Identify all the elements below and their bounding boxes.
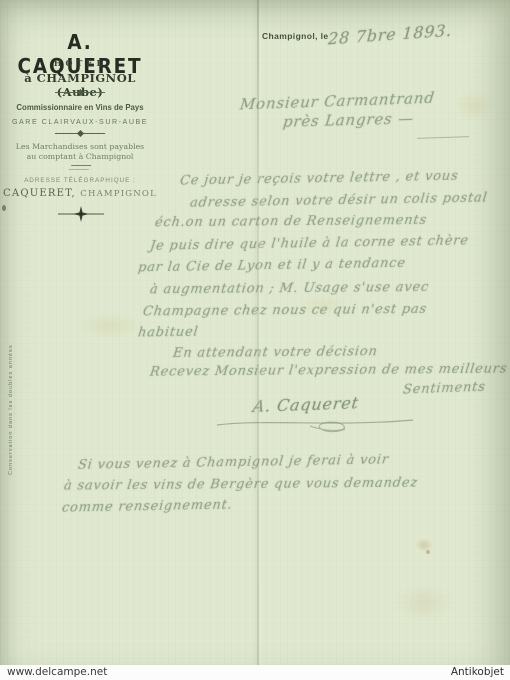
scanned-letter-document: A. CAQUERET HOTEL à CHAMPIGNOL (Aube) Co…	[0, 0, 510, 680]
divider-squiggle-icon	[69, 165, 92, 170]
divider-diamond-icon	[55, 90, 105, 95]
closing-line: Sentiments	[402, 380, 486, 398]
postscript-line: comme renseignement.	[61, 497, 233, 515]
letterhead-station: GARE CLAIRVAUX-SUR-AUBE	[4, 117, 156, 126]
signature-flourish-icon	[215, 413, 415, 435]
closing-line: En attendant votre décision	[172, 344, 379, 361]
body-line: Ce jour je reçois votre lettre , et vous	[179, 169, 459, 189]
star-ornament-icon	[58, 205, 104, 223]
printed-dateline: Champignol, le	[262, 31, 329, 41]
postscript-line: Si vous venez à Champignol je ferai à vo…	[77, 452, 390, 472]
body-line: à augmentation ; M. Usage s'use avec	[149, 280, 430, 297]
letterhead-payment-note-2: au comptant à Champignol	[0, 152, 160, 161]
letterhead-hotel: HOTEL	[0, 58, 160, 68]
letterhead-payment-note-1: Les Marchandises sont payables	[0, 142, 160, 151]
paper-speck	[2, 205, 6, 211]
watermark-delcampe: www.delcampe.net	[7, 666, 107, 678]
recipient-underline-flourish	[417, 136, 469, 139]
body-line: par la Cie de Lyon et il y a tendance	[137, 256, 407, 276]
handwritten-date: 28 7bre 1893.	[327, 21, 452, 49]
body-line: habituel	[137, 324, 199, 340]
divider-diamond-icon	[55, 131, 105, 136]
letterhead-business: Commissionnaire en Vins de Pays	[6, 102, 153, 112]
paper-stain	[392, 582, 456, 624]
paper-stain	[75, 312, 145, 340]
watermark-antikobjet: Antikobjet	[451, 666, 504, 678]
watermark-bar: www.delcampe.net Antikobjet	[0, 665, 510, 680]
telegraph-place: CHAMPIGNOL	[80, 189, 157, 199]
postscript-line: à savoir les vins de Bergère que vous de…	[63, 475, 419, 493]
paper-stain	[415, 538, 433, 552]
body-line: adresse selon votre désir un colis posta…	[189, 190, 488, 210]
fold-crease	[257, 0, 259, 666]
letterhead-telegraph-label: ADRESSE TÉLÉGRAPHIQUE :	[0, 177, 160, 184]
paper-stain	[452, 90, 496, 122]
paper-speck	[426, 550, 430, 554]
body-line: éch.on un carton de Renseignements	[154, 213, 428, 230]
vertical-fine-print: Conservation dans les doubles années	[8, 345, 22, 475]
closing-line: Recevez Monsieur l'expression de mes mei…	[149, 361, 508, 379]
body-line: Je puis dire que l'huile à la corne est …	[149, 233, 470, 254]
body-line: Champagne chez nous ce qui n'est pas	[142, 302, 428, 319]
telegraph-name: CAQUERET,	[3, 188, 76, 199]
letterhead-telegraph-address: CAQUERET, CHAMPIGNOL	[0, 188, 160, 199]
recipient-location: près Langres —	[282, 109, 415, 130]
